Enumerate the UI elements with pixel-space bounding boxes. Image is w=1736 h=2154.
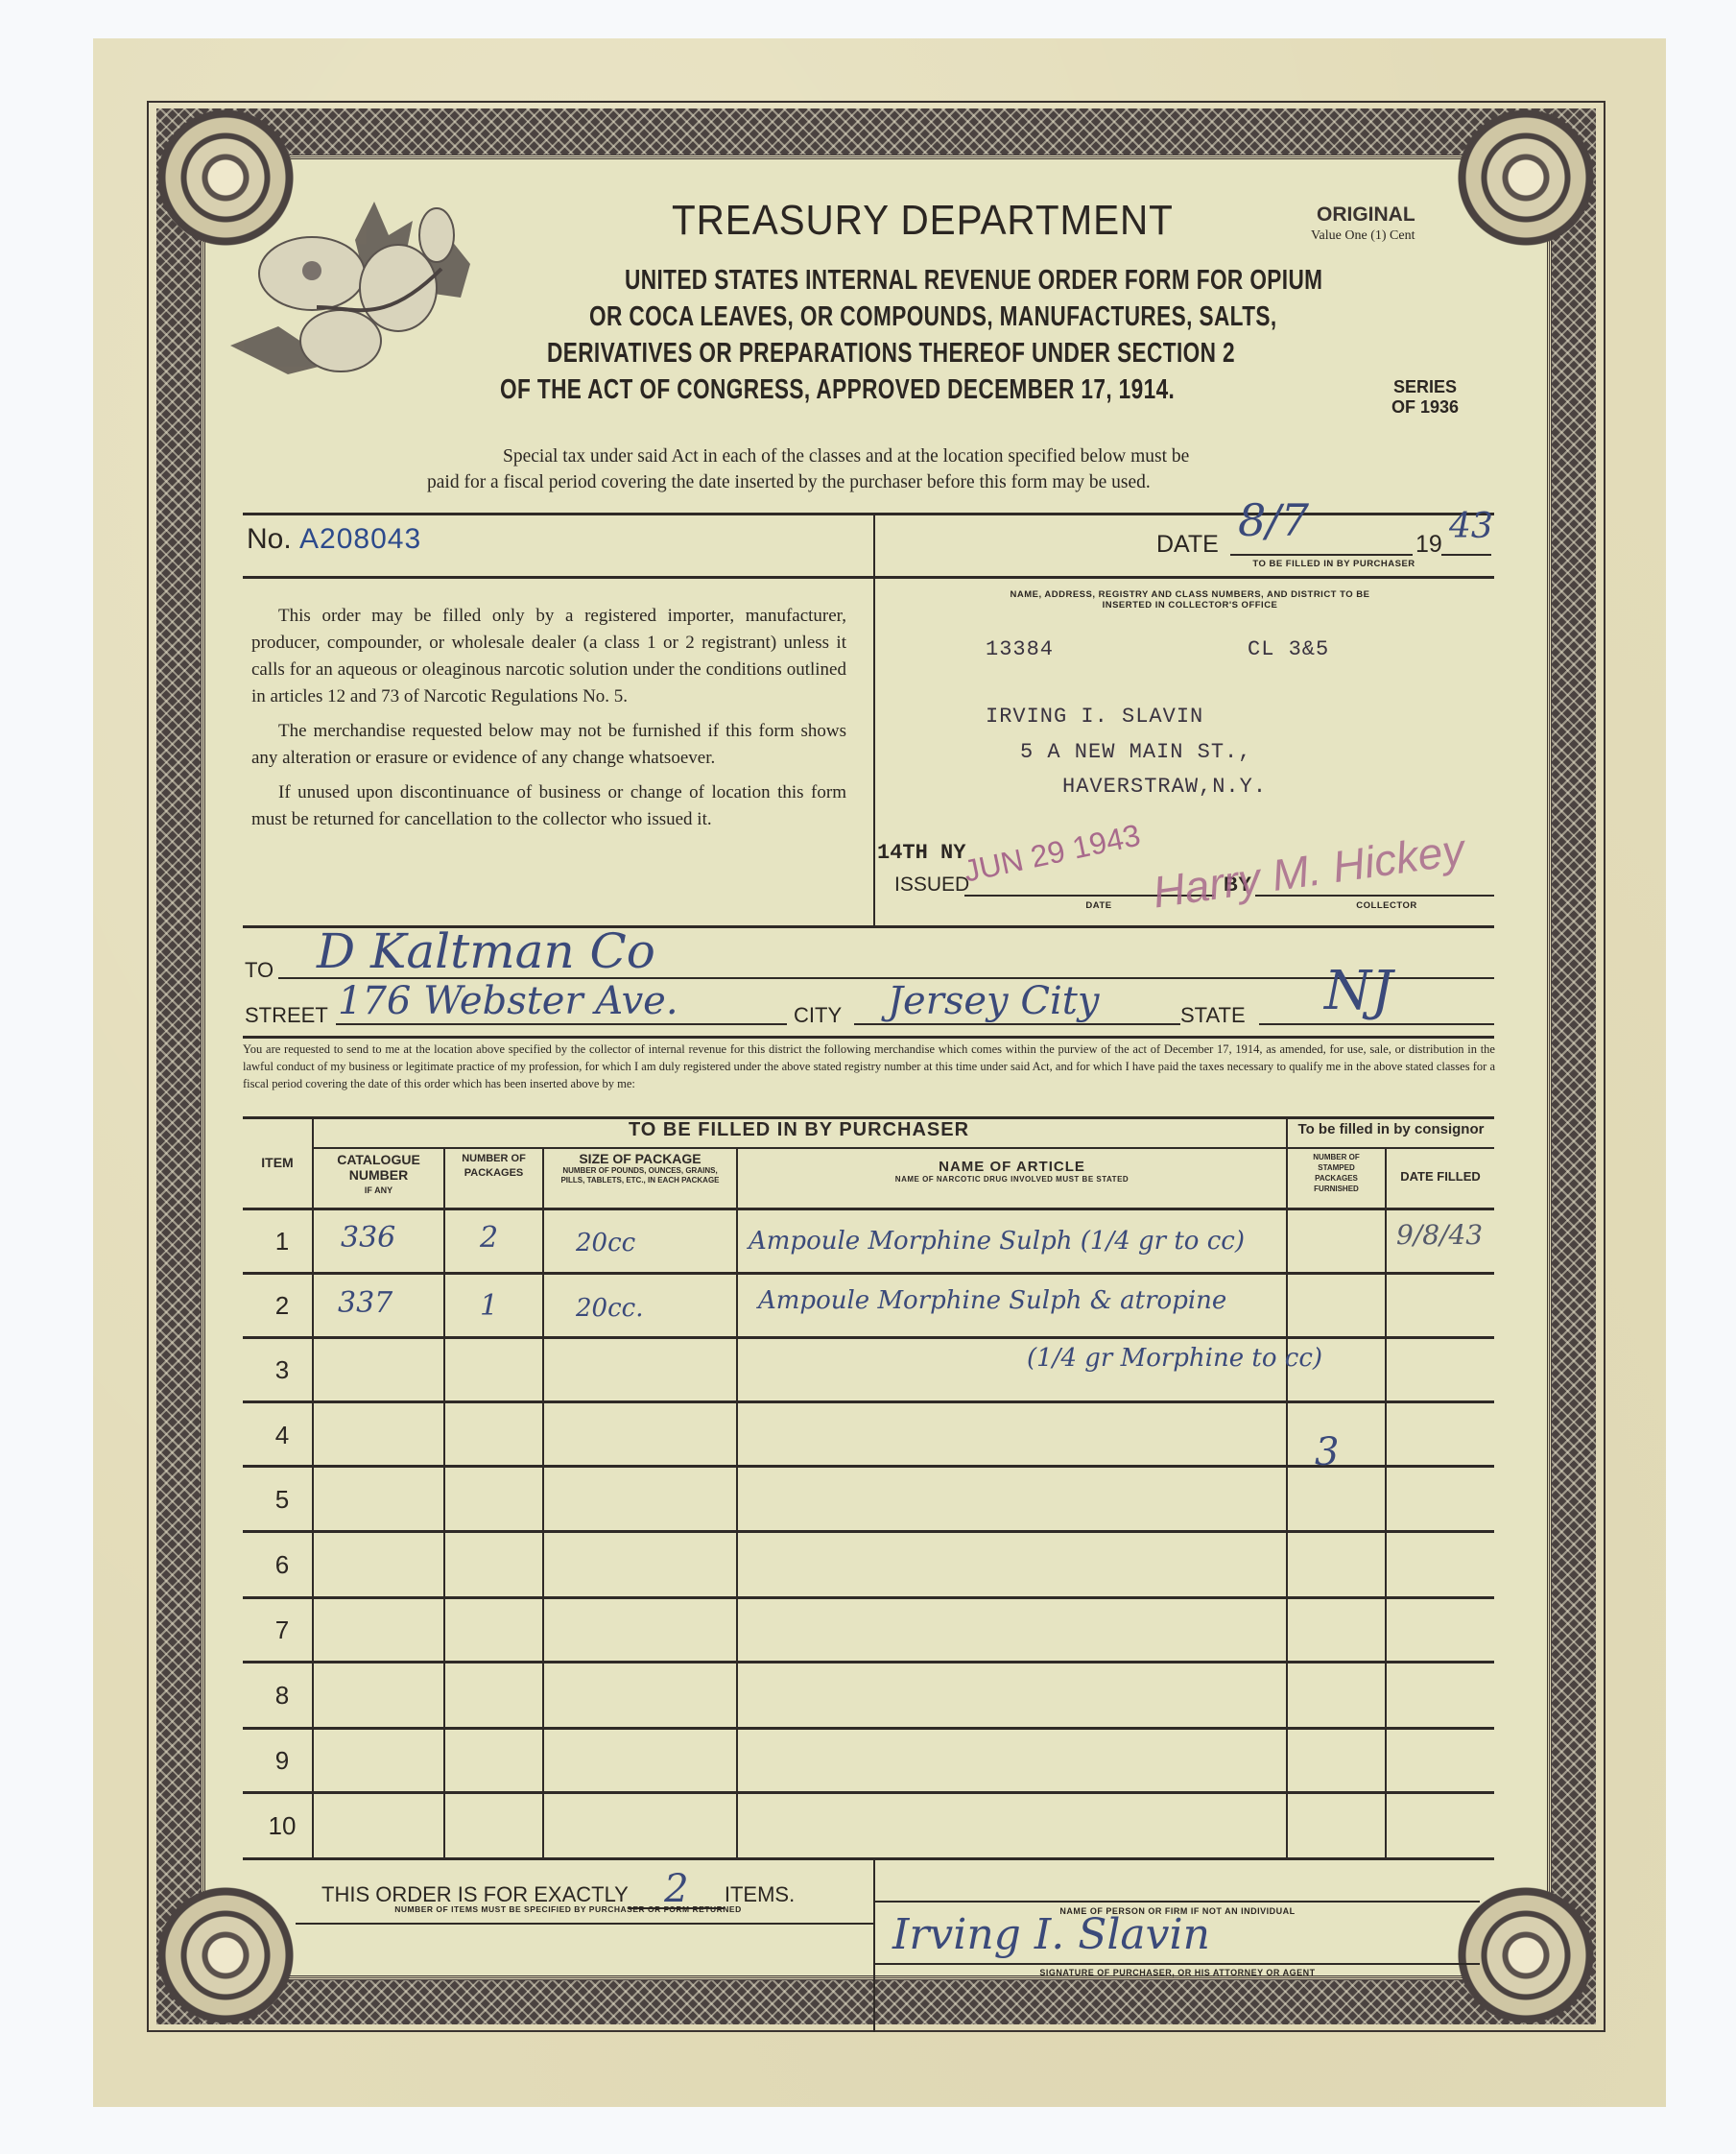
series-label: SERIES OF 1936 [1391, 377, 1459, 418]
col-header-packages: NUMBER OF PACKAGES [445, 1152, 542, 1181]
to-value[interactable]: D Kaltman Co [317, 923, 655, 979]
year-value[interactable]: 43 [1449, 507, 1493, 546]
ornamental-border-top [156, 108, 1596, 155]
row-1-packages[interactable]: 2 [480, 1221, 498, 1255]
col-header-stamped: NUMBER OF STAMPED PACKAGES FURNISHED [1288, 1152, 1385, 1194]
row-line [243, 1661, 1494, 1663]
registry-class: CL 3&5 [1248, 637, 1329, 661]
row-line [243, 1596, 1494, 1599]
date-line [1230, 554, 1413, 556]
copy-value: Value One (1) Cent [1311, 228, 1415, 244]
row-2-article[interactable]: Ampoule Morphine Sulph & atropine [758, 1286, 1226, 1315]
row-2-catalogue[interactable]: 337 [338, 1286, 392, 1320]
city-value[interactable]: Jersey City [888, 979, 1099, 1023]
exactly-caption: NUMBER OF ITEMS MUST BE SPECIFIED BY PUR… [309, 1904, 827, 1914]
divider [296, 1923, 873, 1925]
registry-number: 13384 [986, 637, 1054, 661]
series-line-1: SERIES [1391, 377, 1459, 397]
subtitle-line-1: UNITED STATES INTERNAL REVENUE ORDER FOR… [625, 265, 1322, 297]
registrant-name: IRVING I. SLAVIN [986, 705, 1203, 729]
instructions: This order may be filled only by a regis… [251, 603, 846, 841]
order-number-value: A208043 [299, 523, 421, 555]
copy-label: ORIGINAL [1317, 203, 1415, 227]
to-label: TO [245, 958, 273, 983]
table-header-bottom [243, 1208, 1494, 1210]
date-caption: TO BE FILLED IN BY PURCHASER [1238, 559, 1430, 569]
exactly-prefix: THIS ORDER IS FOR EXACTLY [321, 1882, 629, 1906]
col-header-catalogue-sub: IF ANY [314, 1183, 443, 1198]
street-line [336, 1023, 787, 1025]
row-2-packages[interactable]: 1 [480, 1289, 498, 1323]
col-header-article-main: NAME OF ARTICLE [738, 1159, 1286, 1175]
corner-ornament-icon [1454, 106, 1598, 250]
col-divider-size [736, 1147, 738, 1857]
order-number-field: No. A208043 [247, 523, 421, 556]
corner-ornament-icon [154, 1883, 297, 2027]
col-divider-article [1286, 1116, 1288, 1857]
col-header-packages-text: NUMBER OF PACKAGES [461, 1152, 528, 1181]
subtitle-line-2: OR COCA LEAVES, OR COMPOUNDS, MANUFACTUR… [589, 301, 1277, 333]
special-tax-line-1: Special tax under said Act in each of th… [503, 446, 1189, 467]
row-item-number: 5 [253, 1485, 311, 1515]
street-label: STREET [245, 1003, 328, 1028]
row-line [243, 1791, 1494, 1794]
date-label: DATE [1156, 531, 1219, 559]
col-header-catalogue: CATALOGUE NUMBER IF ANY [314, 1152, 443, 1198]
row-line [243, 1400, 1494, 1403]
street-value[interactable]: 176 Webster Ave. [338, 979, 678, 1023]
row-1-size[interactable]: 20cc [576, 1229, 635, 1257]
col-divider-packages [542, 1147, 544, 1857]
registrant-caption-line-2: INSERTED IN COLLECTOR'S OFFICE [921, 600, 1459, 610]
col-header-article-sub: NAME OF NARCOTIC DRUG INVOLVED MUST BE S… [738, 1175, 1286, 1184]
col-divider-stamped [1385, 1147, 1387, 1857]
row-item-number: 4 [253, 1421, 311, 1450]
registrant-address-2: HAVERSTRAW,N.Y. [1062, 775, 1267, 799]
vertical-divider [873, 513, 875, 925]
divider [875, 576, 1494, 579]
subtitle-line-3: DERIVATIVES OR PREPARATIONS THEREOF UNDE… [547, 338, 1235, 370]
footer-divider [873, 1859, 875, 2032]
col-divider-catalogue [443, 1147, 445, 1857]
department-title: TREASURY DEPARTMENT [672, 197, 1174, 245]
row-1-date-filled[interactable]: 9/8/43 [1396, 1219, 1483, 1251]
date-value[interactable]: 8/7 [1238, 494, 1309, 546]
city-line [854, 1023, 1180, 1025]
row-line [243, 1530, 1494, 1533]
instruction-paragraph: If unused upon discontinuance of busines… [251, 779, 846, 833]
purchaser-section-header: TO BE FILLED IN BY PURCHASER [312, 1119, 1286, 1141]
corner-ornament-icon [1454, 1883, 1598, 2027]
col-header-stamped-text: NUMBER OF STAMPED PACKAGES FURNISHED [1308, 1152, 1366, 1194]
signature-line [875, 1963, 1480, 1965]
signature-caption: SIGNATURE OF PURCHASER, OR HIS ATTORNEY … [875, 1968, 1480, 1977]
instruction-paragraph: The merchandise requested below may not … [251, 718, 846, 772]
row-item-number: 1 [253, 1227, 311, 1256]
district: 14TH NY [877, 841, 965, 865]
issued-date-caption: DATE [1070, 900, 1128, 911]
divider [243, 1036, 1494, 1039]
purview-statement: You are requested to send to me at the l… [243, 1041, 1495, 1092]
ornamental-border-right [1552, 108, 1596, 2024]
year-prefix: 19 [1415, 531, 1442, 559]
col-header-article: NAME OF ARTICLE NAME OF NARCOTIC DRUG IN… [738, 1159, 1286, 1184]
col-header-item: ITEM [243, 1155, 312, 1170]
ornamental-border-left [156, 108, 201, 2024]
issued-label: ISSUED [894, 874, 969, 897]
row-item-number: 8 [253, 1681, 311, 1711]
row-3-article[interactable]: (1/4 gr Morphine to cc) [1027, 1344, 1322, 1373]
registrant-caption: NAME, ADDRESS, REGISTRY AND CLASS NUMBER… [921, 589, 1459, 610]
row-item-number: 2 [253, 1291, 311, 1321]
registrant-caption-line-1: NAME, ADDRESS, REGISTRY AND CLASS NUMBER… [921, 589, 1459, 600]
poppy-flower-icon [221, 182, 509, 394]
row-line [243, 1336, 1494, 1339]
state-line [1259, 1023, 1494, 1025]
collector-caption: COLLECTOR [1339, 900, 1435, 911]
row-item-number: 9 [253, 1746, 311, 1776]
row-item-number: 10 [253, 1811, 311, 1841]
subtitle-line-4: OF THE ACT OF CONGRESS, APPROVED DECEMBE… [500, 374, 1175, 406]
state-label: STATE [1180, 1003, 1246, 1028]
order-number-label: No. [247, 523, 292, 555]
col-header-size-sub: NUMBER OF POUNDS, OUNCES, GRAINS, PILLS,… [559, 1166, 722, 1185]
row-item-number: 6 [253, 1550, 311, 1580]
row-2-size[interactable]: 20cc. [576, 1294, 643, 1323]
series-line-2: OF 1936 [1391, 397, 1459, 418]
special-tax-line-2: paid for a fiscal period covering the da… [427, 472, 1151, 493]
firm-line [875, 1901, 1480, 1903]
row-1-catalogue[interactable]: 336 [341, 1221, 395, 1255]
state-value[interactable]: NJ [1324, 960, 1392, 1022]
row-line [243, 1727, 1494, 1730]
purchaser-signature[interactable]: Irving I. Slavin [892, 1910, 1210, 1959]
year-line [1441, 554, 1491, 556]
table-subheader-line [312, 1147, 1494, 1149]
col-header-catalogue-main: CATALOGUE NUMBER [336, 1152, 422, 1183]
row-line [243, 1465, 1494, 1468]
divider [243, 576, 873, 579]
table-bottom-border [243, 1857, 1494, 1860]
col-header-date-filled: DATE FILLED [1387, 1169, 1494, 1184]
row-item-number: 3 [253, 1355, 311, 1385]
row-1-article[interactable]: Ampoule Morphine Sulph (1/4 gr to cc) [749, 1227, 1245, 1256]
row-4-stamped[interactable]: 3 [1315, 1430, 1339, 1474]
city-label: CITY [794, 1003, 842, 1028]
row-item-number: 7 [253, 1615, 311, 1645]
instruction-paragraph: This order may be filled only by a regis… [251, 603, 846, 710]
row-line [243, 1272, 1494, 1275]
col-header-size-main: SIZE OF PACKAGE [544, 1152, 736, 1166]
consignor-section-header: To be filled in by consignor [1288, 1121, 1494, 1137]
col-divider-item [312, 1116, 314, 1857]
ornamental-border-bottom [156, 1980, 1596, 2024]
exactly-suffix: ITEMS. [725, 1882, 795, 1906]
col-header-size: SIZE OF PACKAGE NUMBER OF POUNDS, OUNCES… [544, 1152, 736, 1185]
registrant-address-1: 5 A NEW MAIN ST., [1020, 740, 1251, 764]
